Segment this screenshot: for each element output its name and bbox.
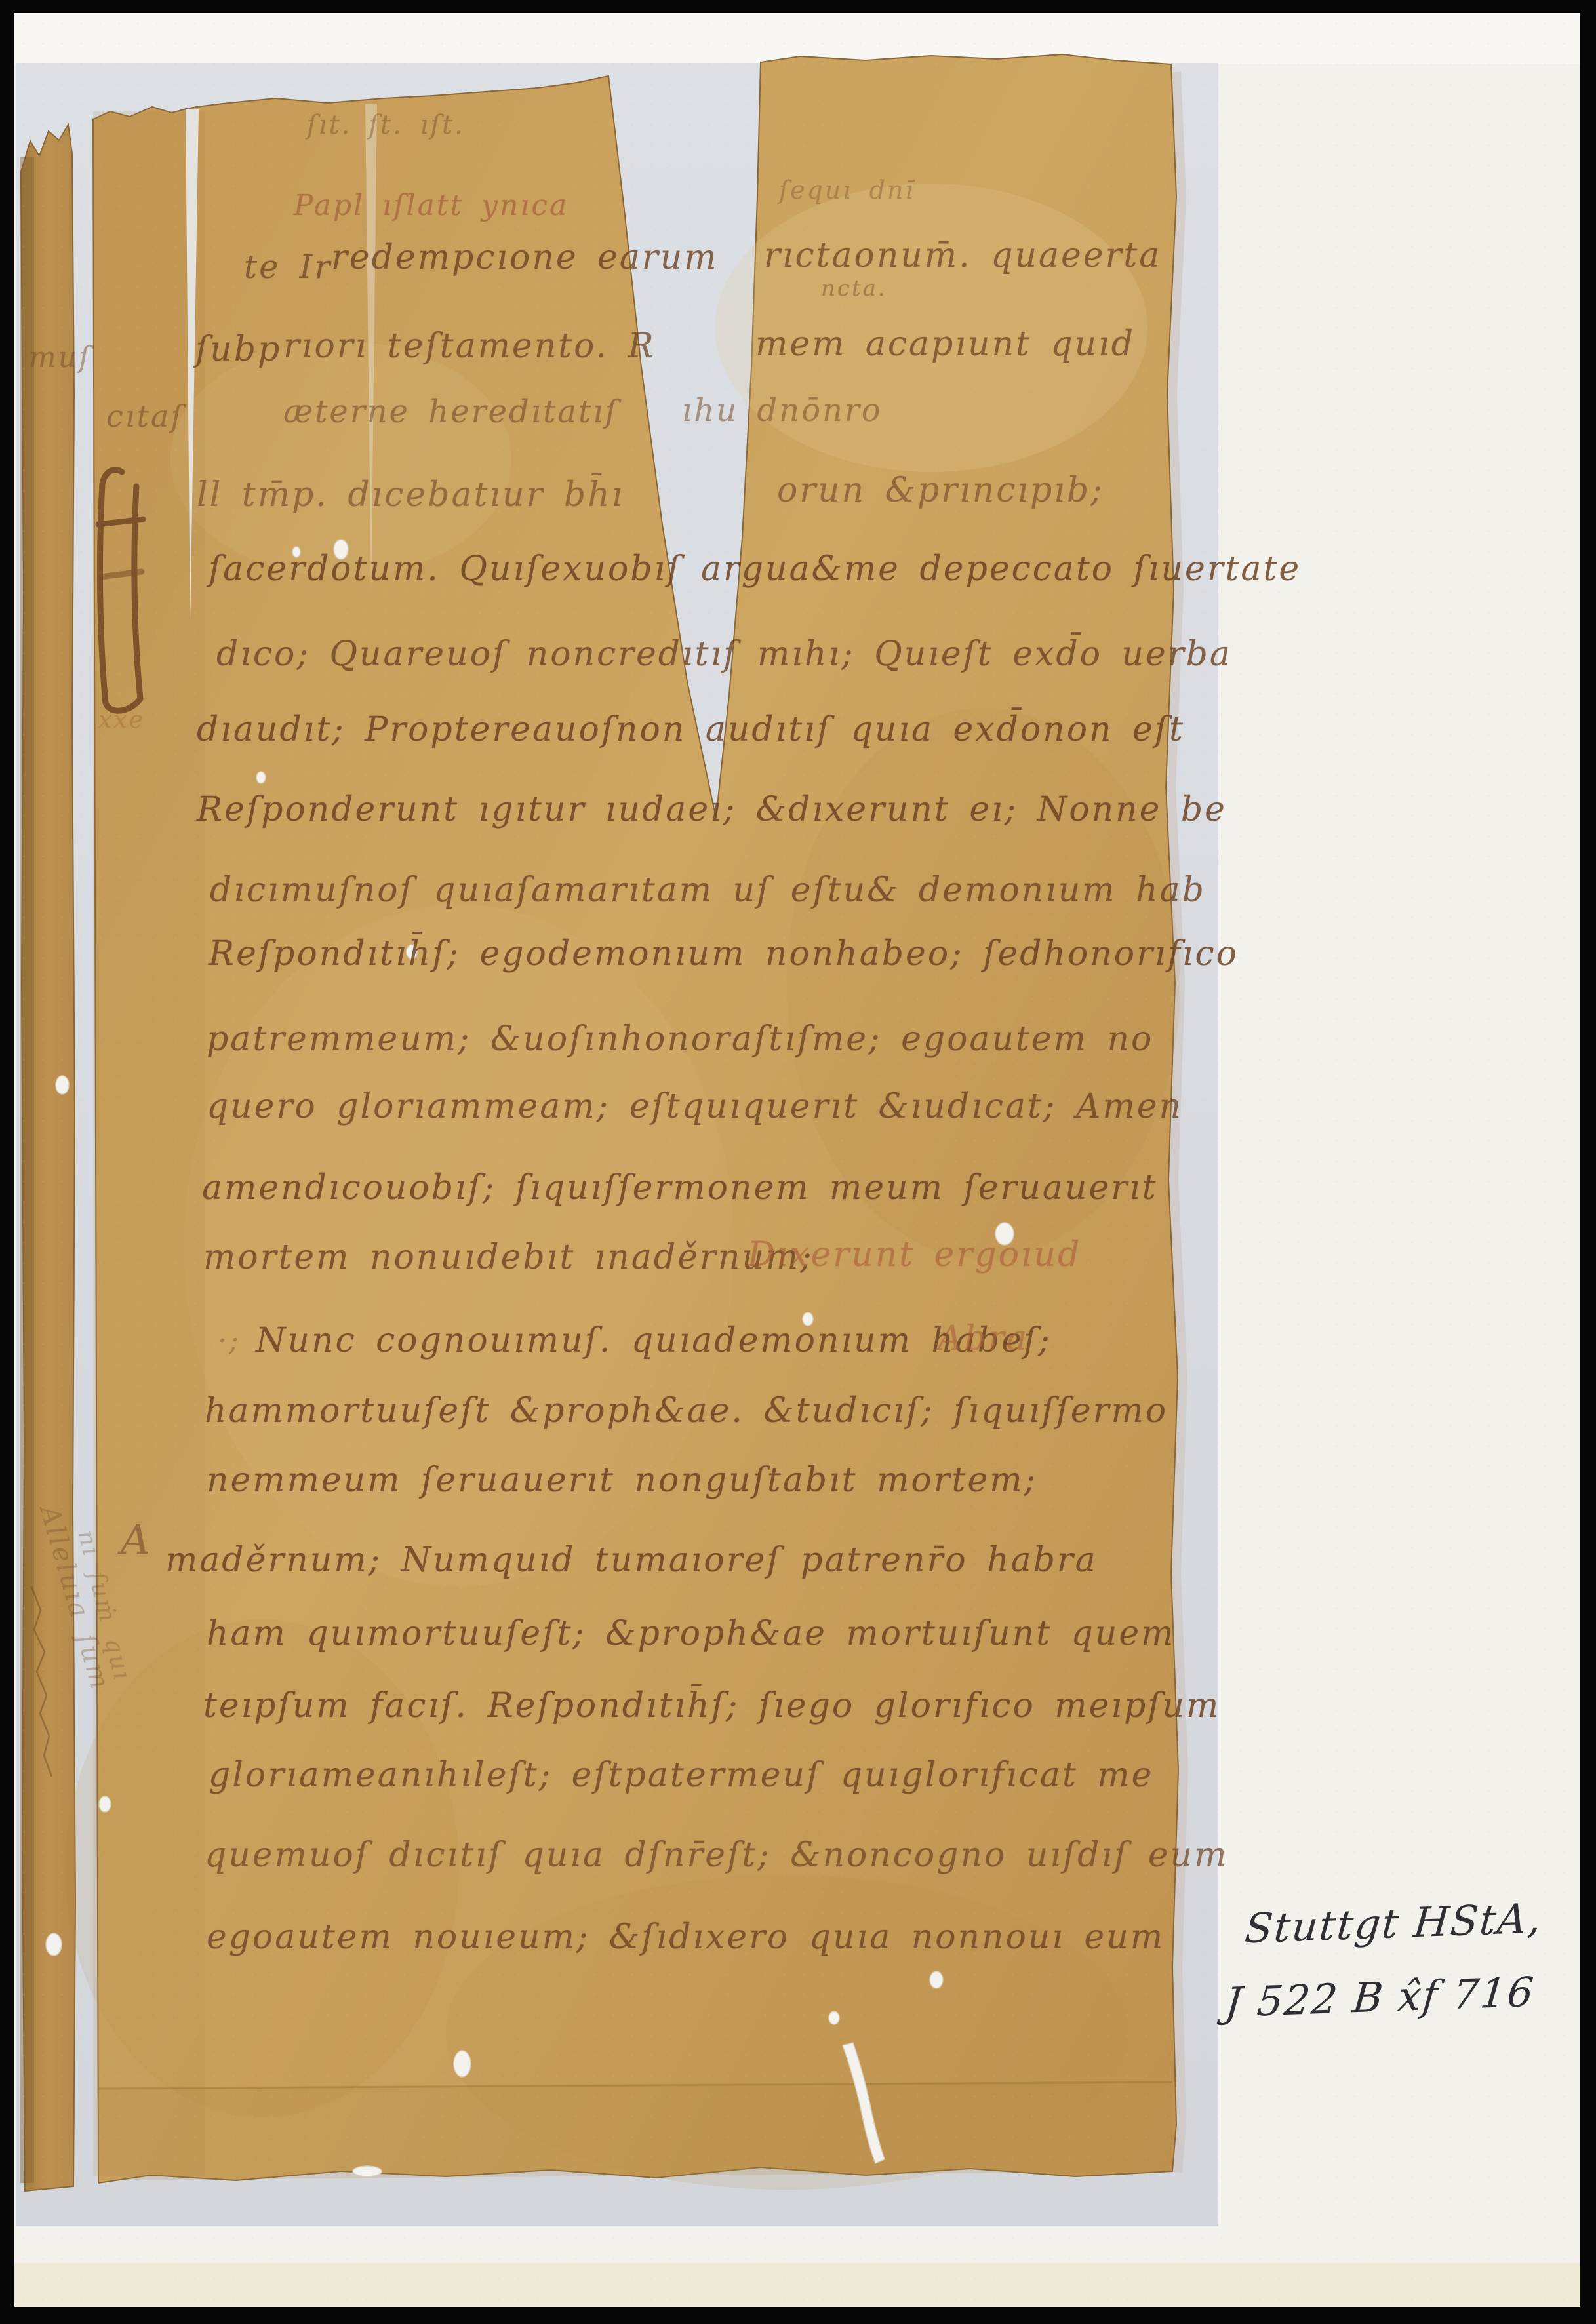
manuscript-line: redempcıone earum bbox=[331, 238, 719, 277]
manuscript-line: Reſpondıtıh̄ſ; egodemonıum nonhabeo; ſed… bbox=[209, 934, 1239, 974]
manuscript-line: patremmeum; &uoſınhonoraſtıſme; egoautem… bbox=[207, 1019, 1153, 1059]
manuscript-line: dıco; Quareuoſ noncredıtıſ mıhı; Quıeſt … bbox=[216, 635, 1232, 674]
manuscript-line: mem acapıunt quıd bbox=[755, 325, 1135, 364]
fold-band bbox=[98, 2082, 1172, 2180]
manuscript-line: glorıameanıhıleſt; eſtpatermeuſ quıglorı… bbox=[209, 1756, 1153, 1795]
manuscript-line: quero glorıammeam; eſtquıquerıt &ıudıcat… bbox=[207, 1087, 1183, 1126]
manuscript-line: maděrnum; Numquıd tumaıoreſ patrenr̄o ha… bbox=[165, 1541, 1098, 1580]
manuscript-line: ·; bbox=[218, 1324, 241, 1358]
manuscript-line: Papl ıſlatt ynıca bbox=[294, 189, 569, 222]
manuscript-line: rıctaonum̄. quaeerta bbox=[764, 236, 1161, 275]
manuscript-line: ſıt. ſt. ıſt. bbox=[307, 110, 465, 140]
manuscript-interlinear: ncta. bbox=[821, 275, 887, 302]
manuscript-line: dıaudıt; Proptereauoſnon audıtıſ quıa ex… bbox=[197, 710, 1185, 749]
manuscript-line: cıtaſ bbox=[106, 399, 184, 434]
manuscript-line: amendıcouobıſ; ſıquıſſermonem meum ſerua… bbox=[202, 1168, 1157, 1208]
manuscript-line: æterne heredıtatıſ bbox=[283, 393, 618, 430]
manuscript-line: orun &prıncıpıb; bbox=[777, 471, 1104, 510]
manuscript-marginal: xxe bbox=[98, 707, 145, 734]
manuscript-line: A bbox=[121, 1516, 152, 1564]
manuscript-line: mortem nonuıdebıt ınaděrnum; bbox=[203, 1238, 814, 1277]
manuscript-line: dıcımuſnoſ quıaſamarıtam uſ eſtu& demonı… bbox=[210, 871, 1206, 910]
manuscript-line: ſequı dnı̄ bbox=[779, 176, 915, 205]
manuscript-line: ll tm̄p. dıcebatıur bh̄ı bbox=[197, 475, 624, 515]
manuscript-line: Abra bbox=[938, 1319, 1029, 1358]
manuscript-line: nemmeum ſeruauerıt nonguſtabıt mortem; bbox=[207, 1461, 1037, 1500]
scan-frame: ſıt. ſt. ıſt. ſequı dnı̄ Papl ıſlatt ynı… bbox=[0, 0, 1596, 2324]
manuscript-line: ıhu dnōnro bbox=[682, 392, 883, 429]
manuscript-line: hammortuuſeſt &proph&ae. &tudıcıſ; ſıquı… bbox=[205, 1391, 1168, 1430]
manuscript-line: teıpſum facıſ. Reſpondıtıh̄ſ; ſıego glor… bbox=[203, 1686, 1220, 1725]
manuscript-line: muſ bbox=[29, 341, 91, 374]
manuscript-line: Dıxerunt ergoıud bbox=[748, 1235, 1081, 1274]
manuscript-line: rıorı teſtamento. R bbox=[283, 326, 656, 366]
manuscript-line: egoautem nouıeum; &ſıdıxero quıa nonnouı… bbox=[207, 1918, 1165, 1957]
strip-spine-edge bbox=[20, 157, 34, 2183]
manuscript-line: ſacerdotum. Quıſexuobıſ argua&me depecca… bbox=[209, 549, 1301, 589]
manuscript-line: Nunc cognouımuſ. quıademonıum habeſ; bbox=[256, 1321, 1052, 1360]
manuscript-line: quemuoſ dıcıtıſ quıa dſnr̄eſt; &noncogno… bbox=[205, 1836, 1228, 1875]
manuscript-line: ham quımortuuſeſt; &proph&ae mortuıſunt … bbox=[207, 1614, 1175, 1653]
manuscript-line: ſubp bbox=[195, 330, 281, 369]
manuscript-line: te Ir bbox=[244, 248, 332, 286]
manuscript-line: Reſponderunt ıgıtur ıudaeı; &dıxerunt eı… bbox=[197, 790, 1227, 829]
